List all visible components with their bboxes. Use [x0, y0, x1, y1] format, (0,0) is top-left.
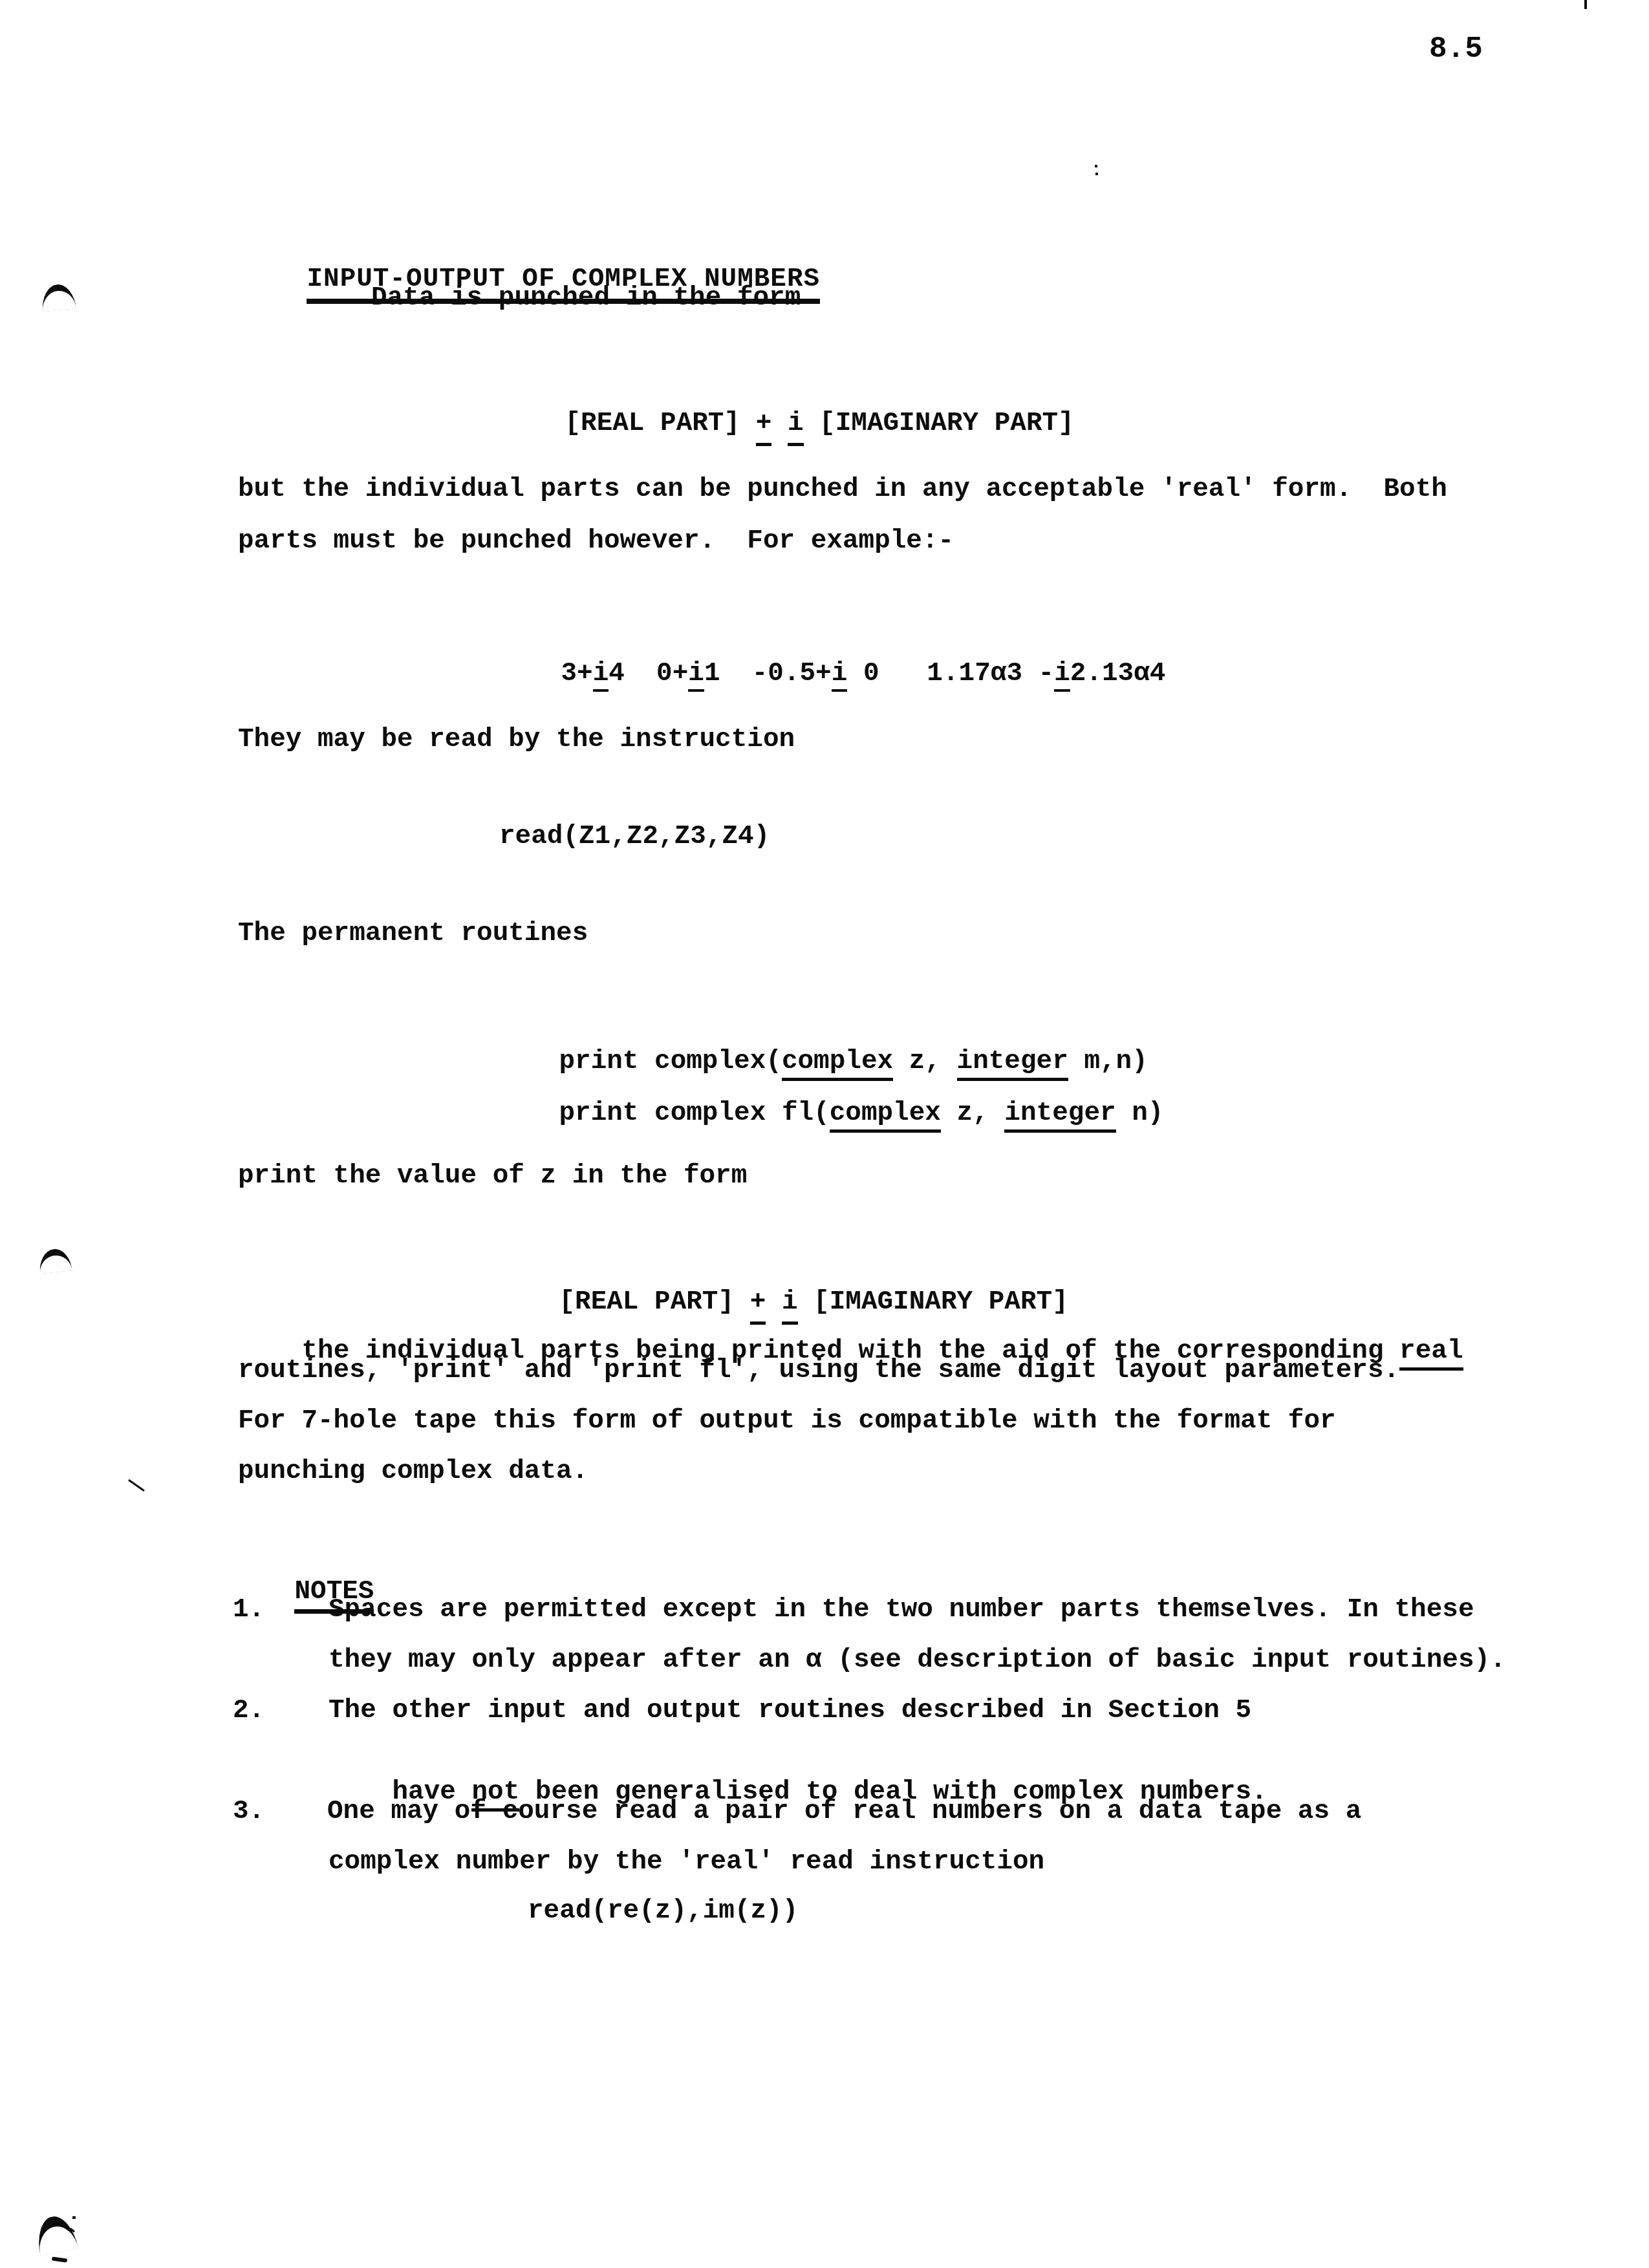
scan-speck	[72, 2216, 76, 2219]
pen-dash-mark	[52, 2256, 68, 2262]
example-text: 0 1.17α3 -	[847, 659, 1054, 689]
underlined-real: real	[1399, 1336, 1463, 1371]
note-line: complex number by the 'real' read instru…	[329, 1846, 1044, 1878]
pen-arc-mark-top	[40, 283, 76, 312]
paragraph-line: print the value of z in the form	[238, 1161, 747, 1192]
code-line-read: read(Z1,Z2,Z3,Z4)	[499, 821, 770, 852]
example-i: i	[593, 659, 609, 692]
code-line-print-complex-fl: print complex fl(complex z, integer n)	[495, 1067, 1163, 1160]
keyword-complex: complex	[830, 1098, 941, 1133]
code-text: n)	[1116, 1098, 1164, 1128]
paragraph-line: punching complex data.	[238, 1456, 588, 1487]
paragraph-line: routines, 'print' and 'print fl', using …	[238, 1355, 1399, 1386]
scan-speck	[1095, 165, 1097, 167]
formula-i: i	[788, 409, 804, 446]
intro-line: Data is punched in the form	[371, 283, 801, 314]
example-text: 4 0+	[609, 659, 688, 689]
formula-plus: +	[756, 409, 772, 446]
examples-line: 3+i4 0+i1 -0.5+i 0 1.17α3 -i2.13α4	[497, 627, 1165, 720]
example-text: 1 -0.5+	[704, 659, 832, 689]
example-text: 3+	[561, 659, 592, 689]
note-number: 3.	[233, 1796, 264, 1827]
scanned-document-page: 8.5 INPUT-OUTPUT OF COMPLEX NUMBERS Data…	[0, 0, 1649, 2268]
note-line: One may of course read a pair of real nu…	[327, 1796, 1361, 1827]
pen-arc-mark-bottom	[33, 2212, 78, 2256]
paragraph-line: They may be read by the instruction	[238, 724, 795, 755]
keyword-integer: integer	[1004, 1098, 1115, 1133]
paragraph-line: but the individual parts can be punched …	[238, 474, 1447, 505]
example-i: i	[832, 659, 848, 692]
code-text: z,	[941, 1098, 1004, 1128]
note-number: 2.	[233, 1695, 264, 1726]
scan-stroke-mark	[128, 1479, 145, 1492]
code-line-read-re-im: read(re(z),im(z))	[528, 1896, 798, 1927]
complex-form-formula-1: [REAL PART] + i [IMAGINARY PART]	[501, 377, 1074, 470]
note-line: Spaces are permitted except in the two n…	[329, 1594, 1474, 1625]
note-line: The other input and output routines desc…	[329, 1695, 1251, 1726]
formula-space	[771, 409, 788, 438]
example-i: i	[1054, 659, 1070, 692]
note-line: they may only appear after an α (see des…	[329, 1645, 1506, 1676]
code-text: print complex fl(	[559, 1098, 829, 1128]
page-number: 8.5	[1429, 34, 1483, 65]
paragraph-line: The permanent routines	[238, 918, 588, 949]
scan-speck	[1584, 0, 1587, 9]
example-text: 2.13α4	[1070, 659, 1166, 689]
formula-pre: [REAL PART]	[565, 409, 755, 438]
pen-arc-mark-middle	[38, 1247, 72, 1274]
note-number: 1.	[233, 1594, 264, 1625]
paragraph-line: parts must be punched however. For examp…	[238, 526, 954, 557]
paragraph-line: For 7-hole tape this form of output is c…	[238, 1406, 1336, 1437]
formula-post: [IMAGINARY PART]	[804, 409, 1074, 438]
example-i: i	[688, 659, 704, 692]
